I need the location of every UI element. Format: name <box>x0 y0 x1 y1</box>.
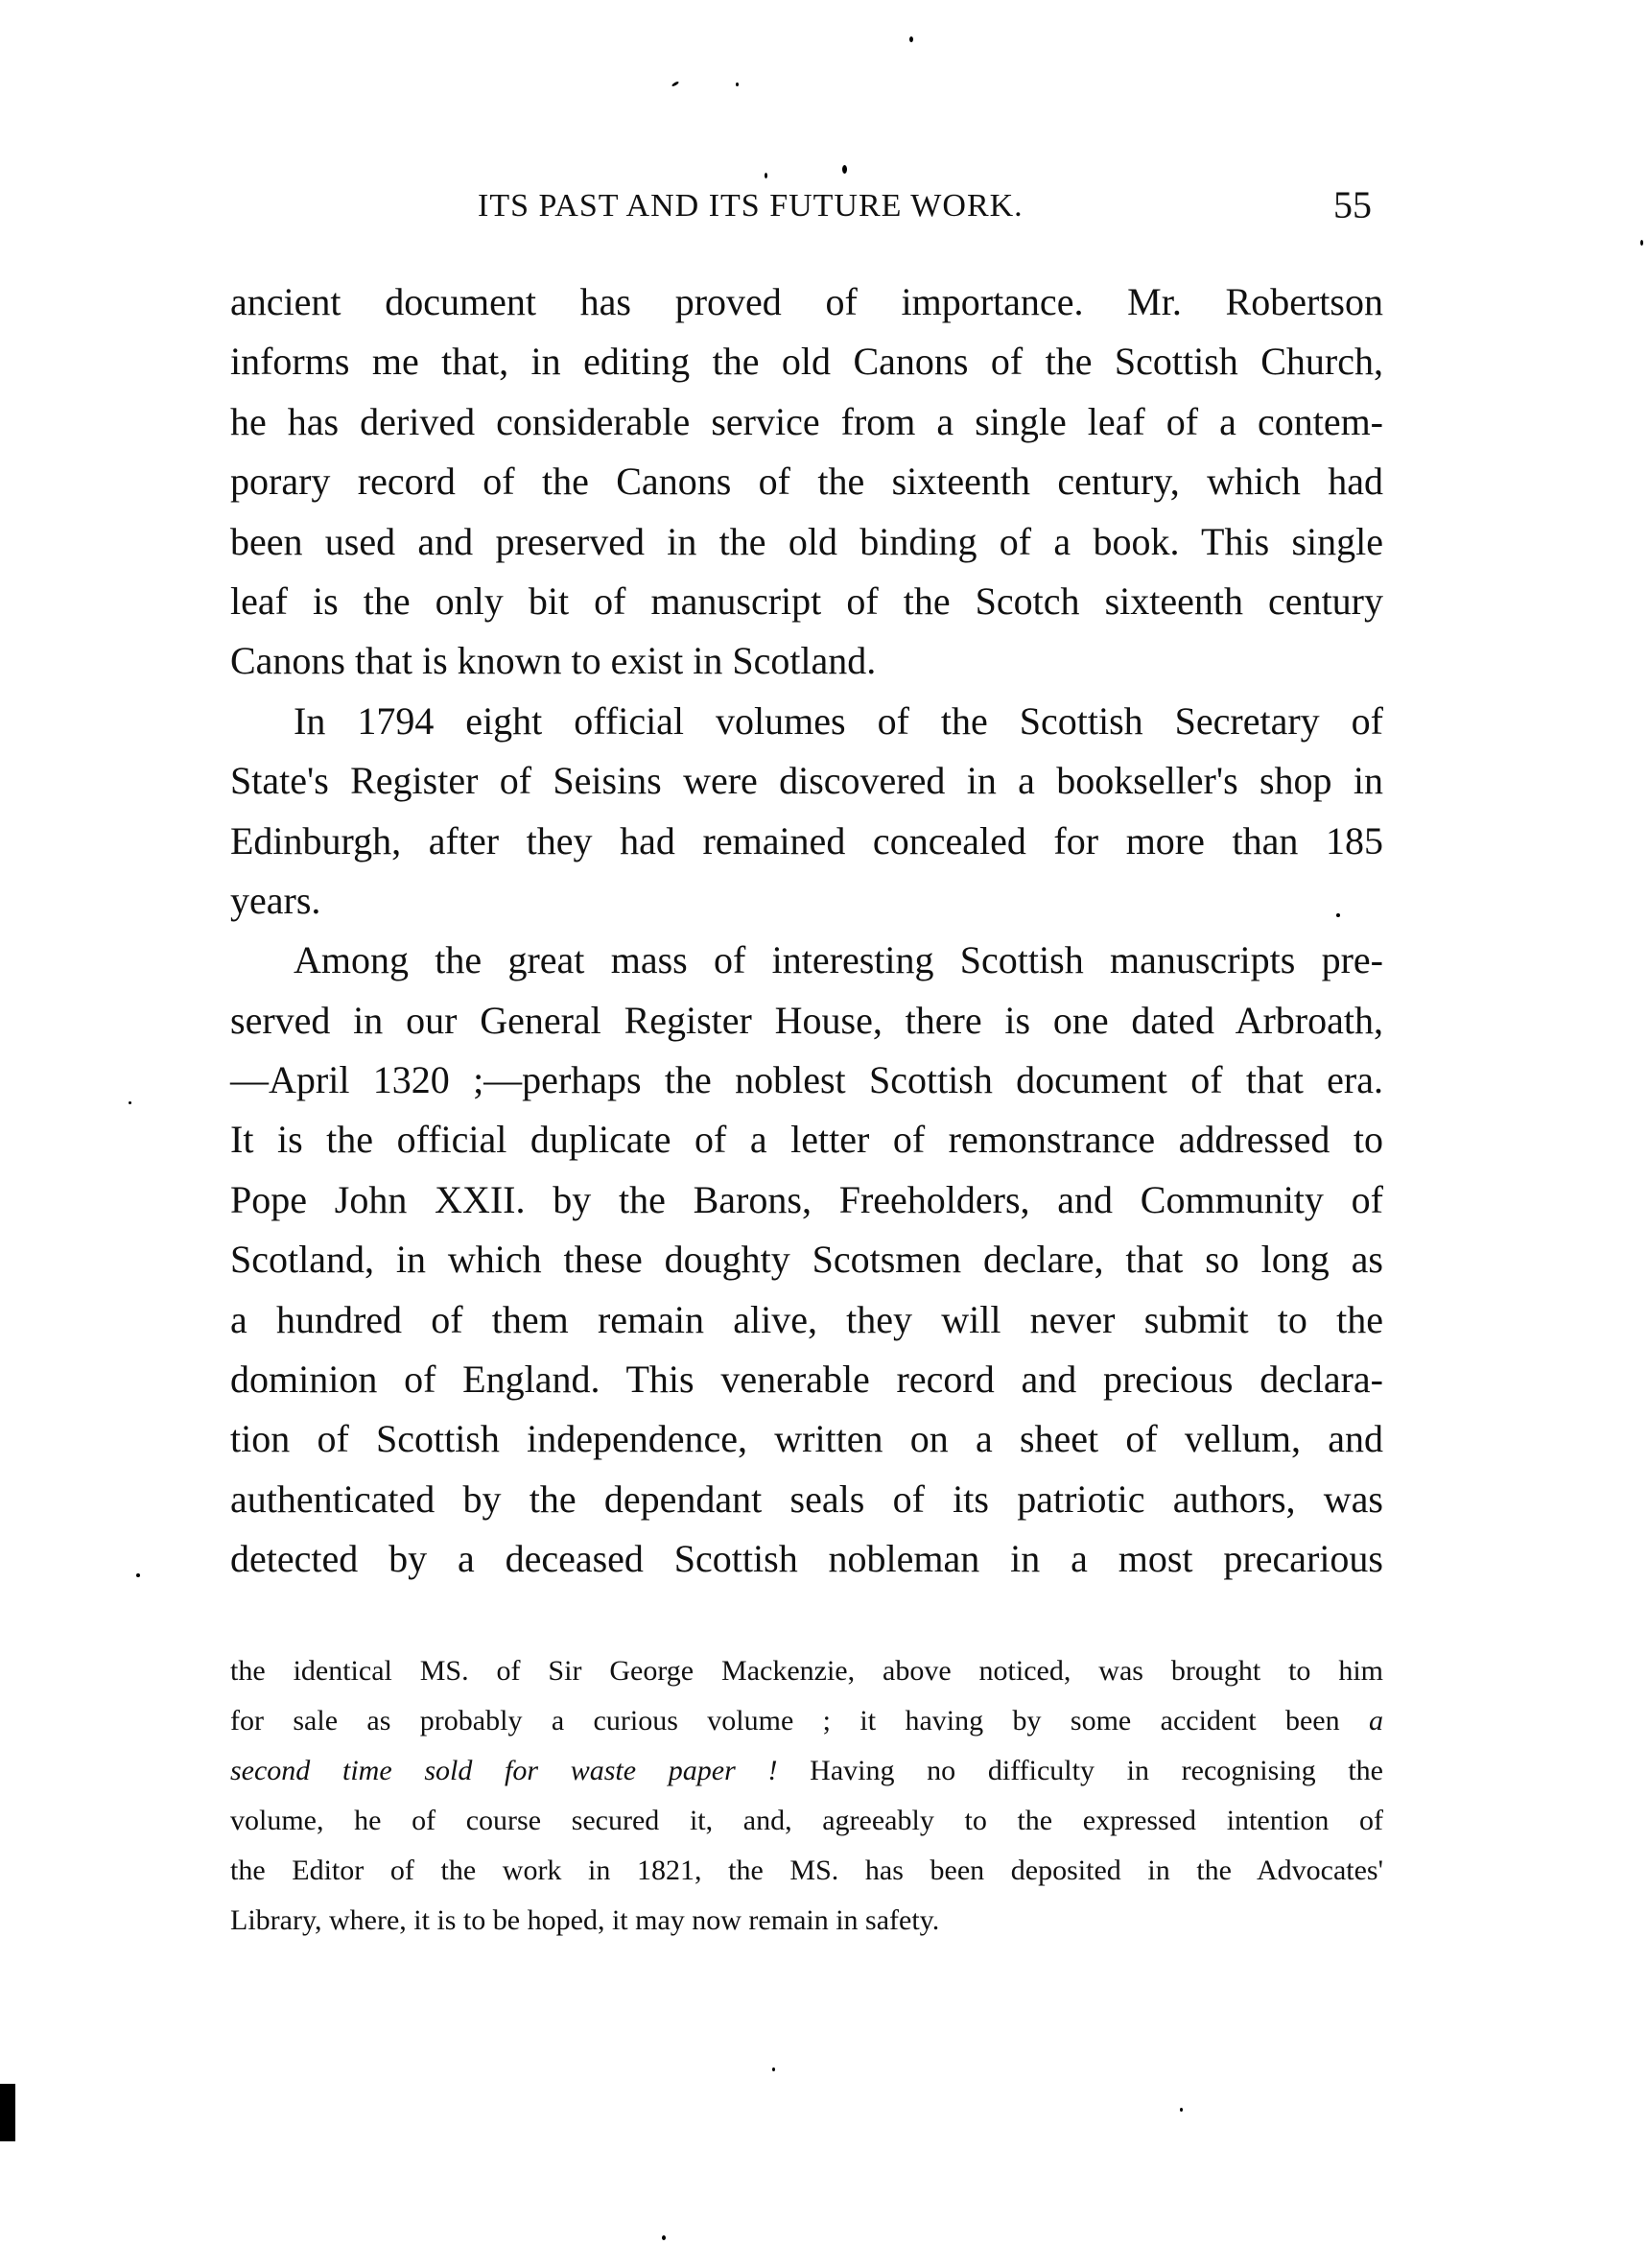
body-line: —April 1320 ;—perhaps the noblest Scotti… <box>230 1051 1383 1110</box>
body-line: ancient document has proved of importanc… <box>230 272 1383 332</box>
paragraph-start-line: Among the great mass of interesting Scot… <box>230 931 1383 990</box>
footnote: the identical MS. of Sir George Mackenzi… <box>230 1646 1383 1946</box>
scan-speck <box>842 165 847 174</box>
body-line: dominion of England. This venerable reco… <box>230 1350 1383 1409</box>
scan-speck <box>736 83 739 86</box>
footnote-line: the identical MS. of Sir George Mackenzi… <box>230 1646 1383 1696</box>
footnote-italic-text: a <box>1369 1705 1383 1736</box>
body-line: Pope John XXII. by the Barons, Freeholde… <box>230 1170 1383 1230</box>
scan-speck <box>136 1573 140 1577</box>
scan-speck <box>129 1101 131 1104</box>
body-line: Edinburgh, after they had remained conce… <box>230 812 1383 871</box>
page-number: 55 <box>1333 182 1372 227</box>
body-line: he has derived considerable service from… <box>230 392 1383 452</box>
scan-speck <box>662 2235 666 2240</box>
body-line: tion of Scottish independence, written o… <box>230 1409 1383 1469</box>
body-line: detected by a deceased Scottish nobleman… <box>230 1529 1383 1589</box>
scan-speck <box>1180 2108 1183 2112</box>
binding-edge-mark <box>0 2084 15 2141</box>
footnote-line: volume, he of course secured it, and, ag… <box>230 1796 1383 1846</box>
body-line: Scotland, in which these doughty Scotsme… <box>230 1230 1383 1289</box>
body-line: It is the official duplicate of a letter… <box>230 1110 1383 1169</box>
body-line: porary record of the Canons of the sixte… <box>230 452 1383 511</box>
footnote-line: Library, where, it is to be hoped, it ma… <box>230 1896 1383 1946</box>
body-line: Canons that is known to exist in Scotlan… <box>230 631 1383 691</box>
body-line: a hundred of them remain alive, they wil… <box>230 1290 1383 1350</box>
body-line: been used and preserved in the old bindi… <box>230 512 1383 572</box>
body-text: ancient document has proved of importanc… <box>230 272 1383 1590</box>
footnote-text: Having no difficulty in recognising the <box>777 1755 1383 1786</box>
body-line: informs me that, in editing the old Cano… <box>230 332 1383 391</box>
footnote-line: for sale as probably a curious volume ; … <box>230 1696 1383 1746</box>
body-line: years. <box>230 871 1383 931</box>
footnote-line: second time sold for waste paper ! Havin… <box>230 1746 1383 1796</box>
body-line: leaf is the only bit of manuscript of th… <box>230 572 1383 631</box>
body-line: authenticated by the dependant seals of … <box>230 1470 1383 1529</box>
running-head: ITS PAST AND ITS FUTURE WORK. <box>478 188 1149 224</box>
footnote-line: the Editor of the work in 1821, the MS. … <box>230 1846 1383 1896</box>
scan-speck <box>909 36 913 42</box>
scan-speck <box>765 173 767 178</box>
paragraph-start-line: In 1794 eight official volumes of the Sc… <box>230 692 1383 751</box>
body-line: State's Register of Seisins were discove… <box>230 751 1383 811</box>
scan-speck <box>671 81 679 87</box>
body-line: served in our General Register House, th… <box>230 991 1383 1051</box>
footnote-italic-text: second time sold for waste paper ! <box>230 1755 777 1786</box>
footnote-text: for sale as probably a curious volume ; … <box>230 1705 1369 1736</box>
scan-speck <box>1640 240 1643 246</box>
scan-speck <box>772 2067 775 2071</box>
